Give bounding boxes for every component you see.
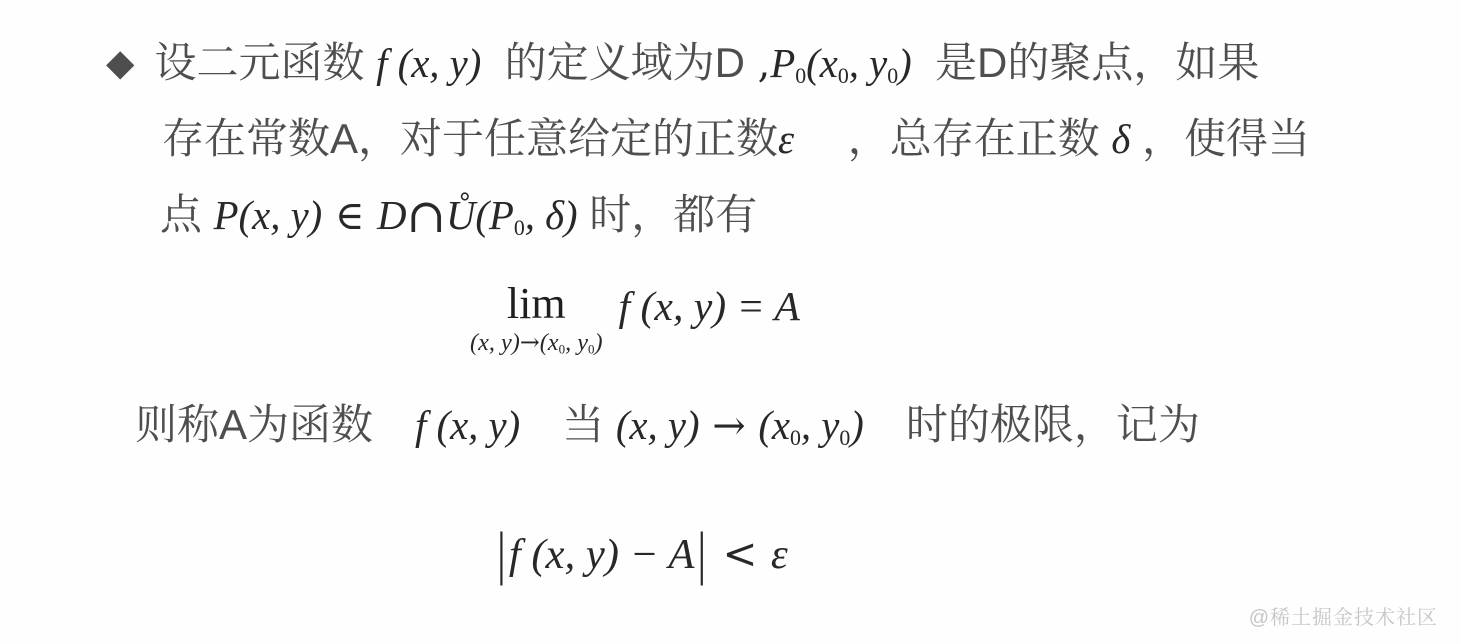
segment-m: , δ) [525, 193, 578, 238]
segment-m: (x [540, 329, 559, 356]
segment-m: ε [771, 531, 788, 578]
segment-m: f (x, y) [376, 41, 481, 86]
slide-canvas: ◆设二元函数 f (x, y) 的定义域为D ,P0(x0, y0) 是D的聚点… [0, 0, 1460, 644]
segment-cn: 存在常数A，对于任意给定的正数 [162, 115, 778, 162]
limit-formula: lim (x, y)→(x0, y0) f (x, y) = A [470, 282, 800, 356]
definition-line-1: ◆设二元函数 f (x, y) 的定义域为D ,P0(x0, y0) 是D的聚点… [106, 36, 1259, 91]
limit-formula-rhs: f (x, y) = A [619, 282, 800, 329]
segment-cn: 则称A为函数 [135, 401, 415, 448]
limit-operator-block: lim (x, y)→(x0, y0) [470, 282, 603, 356]
segment-mr: → [520, 328, 540, 356]
segment-mr: → [700, 403, 759, 449]
segment-cn: ，总存在正数 [794, 115, 1111, 162]
segment-cn: 时的极限，记为 [864, 401, 1200, 448]
segment-sub: 0 [795, 64, 806, 88]
segment-cn: 设二元函数 [154, 39, 376, 86]
segment-sub: 0 [790, 426, 801, 450]
segment-m: ) [850, 403, 864, 448]
segment-m: P [770, 41, 795, 86]
segment-cn: ，使得当 [1130, 115, 1310, 162]
definition-line-1-text: 设二元函数 f (x, y) 的定义域为D ,P0(x0, y0) 是D的聚点，… [154, 39, 1259, 86]
segment-bar: | [497, 519, 506, 590]
inequality-formula-text: |f (x, y) − A| < ε [494, 528, 788, 581]
segment-m: ) [898, 41, 912, 86]
segment-cn: 时，都有 [578, 191, 758, 238]
segment-bar: | [697, 519, 706, 590]
watermark: @稀土掘金技术社区 [1249, 601, 1438, 630]
segment-mr: , [745, 41, 770, 87]
definition-line-3: 点 P(x, y) ∈ D∩Ů(P0, δ) 时，都有 [160, 186, 757, 247]
diamond-bullet-icon: ◆ [106, 39, 134, 87]
segment-sub: 0 [514, 216, 525, 240]
conclusion-line: 则称A为函数 f (x, y) 当 (x, y) → (x0, y0) 时的极限… [135, 398, 1200, 453]
segment-m: f (x, y) [415, 403, 520, 448]
segment-m: (x [758, 403, 790, 448]
segment-sub: 0 [887, 64, 898, 88]
segment-m: ε [778, 117, 794, 162]
inequality-formula: |f (x, y) − A| < ε [494, 528, 788, 581]
segment-m: , y [849, 41, 887, 86]
definition-line-3-text: 点 P(x, y) ∈ D∩Ů(P0, δ) 时，都有 [160, 191, 757, 238]
segment-big: ∩ [407, 189, 446, 244]
segment-m: f (x, y) = A [619, 284, 800, 330]
conclusion-line-text: 则称A为函数 f (x, y) 当 (x, y) → (x0, y0) 时的极限… [135, 401, 1200, 448]
segment-m: , y [565, 329, 588, 356]
segment-sub: 0 [839, 426, 850, 450]
segment-m: , y [801, 403, 839, 448]
segment-m: f (x, y) − A [509, 531, 695, 578]
definition-line-2-text: 存在常数A，对于任意给定的正数ε ，总存在正数 δ ，使得当 [162, 115, 1310, 162]
segment-m: Ů [446, 193, 475, 238]
segment-m: (x [806, 41, 838, 86]
segment-cn: 的定义域为D [481, 39, 745, 86]
lim-subscript: (x, y)→(x0, y0) [470, 330, 603, 356]
segment-m: (x, y) [616, 403, 700, 448]
segment-cn: 当 [520, 401, 616, 448]
segment-m: D [377, 193, 406, 238]
segment-mr: < [709, 529, 771, 578]
segment-m: P(x, y) [214, 193, 323, 238]
segment-m: ) [594, 329, 602, 356]
segment-m: δ [1111, 117, 1130, 162]
segment-cn: 是D的聚点，如果 [912, 39, 1260, 86]
segment-sub: 0 [838, 64, 849, 88]
segment-mr: ∈ [322, 193, 377, 239]
segment-m: (P [475, 193, 513, 238]
lim-word: lim [507, 282, 566, 326]
segment-cn: 点 [160, 191, 214, 238]
definition-line-2: 存在常数A，对于任意给定的正数ε ，总存在正数 δ ，使得当 [162, 112, 1310, 167]
segment-m: (x, y) [470, 329, 520, 356]
